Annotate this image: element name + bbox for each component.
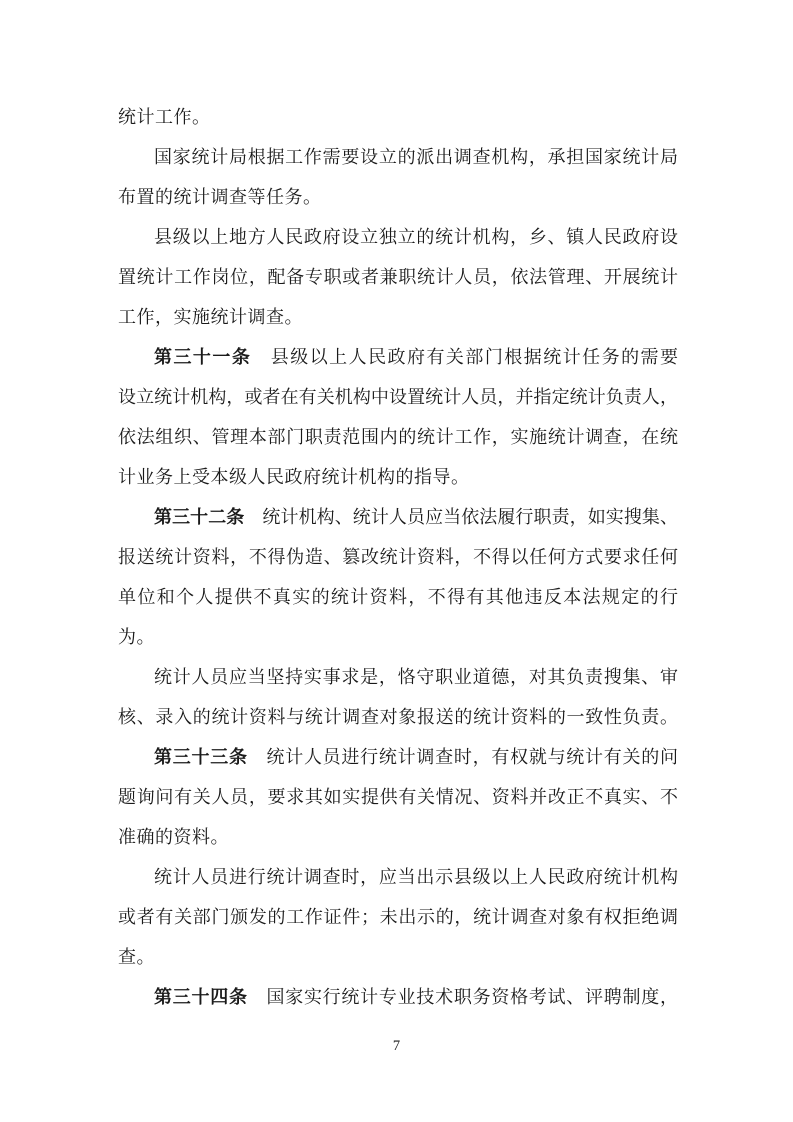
text-run: 单位和个人提供不真实的统计资料，不得有其他违反本法规定的行 <box>118 587 678 607</box>
text-run: 题询问有关人员，要求其如实提供有关情况、资料并改正不真实、不 <box>118 787 678 807</box>
text-line: 为。 <box>118 617 678 657</box>
document-page: 统计工作。国家统计局根据工作需要设立的派出调查机构，承担国家统计局布置的统计调查… <box>0 0 793 1122</box>
text-line: 国家统计局根据工作需要设立的派出调查机构，承担国家统计局 <box>118 137 678 177</box>
document-body: 统计工作。国家统计局根据工作需要设立的派出调查机构，承担国家统计局布置的统计调查… <box>118 97 678 1017</box>
text-line: 第三十三条 统计人员进行统计调查时，有权就与统计有关的问 <box>118 737 678 777</box>
text-run: 统计人员进行统计调查时，应当出示县级以上人民政府统计机构 <box>154 867 678 887</box>
text-run: 为。 <box>118 627 155 647</box>
text-run: 统计人员应当坚持实事求是，恪守职业道德，对其负责搜集、审 <box>154 667 678 687</box>
text-run: 报送统计资料，不得伪造、篡改统计资料，不得以任何方式要求任何 <box>118 547 678 567</box>
text-line: 统计工作。 <box>118 97 678 137</box>
text-line: 第三十一条 县级以上人民政府有关部门根据统计任务的需要 <box>118 337 678 377</box>
text-run: 国家统计局根据工作需要设立的派出调查机构，承担国家统计局 <box>154 147 678 167</box>
text-run: 依法组织、管理本部门职责范围内的统计工作，实施统计调查，在统 <box>118 427 678 447</box>
text-run: 县级以上地方人民政府设立独立的统计机构，乡、镇人民政府设 <box>154 227 678 247</box>
text-run: 置统计工作岗位，配备专职或者兼职统计人员，依法管理、开展统计 <box>118 267 678 287</box>
article-number: 第三十三条 <box>154 747 248 767</box>
text-line: 统计人员应当坚持实事求是，恪守职业道德，对其负责搜集、审 <box>118 657 678 697</box>
text-line: 第三十四条 国家实行统计专业技术职务资格考试、评聘制度， <box>118 977 678 1017</box>
article-number: 第三十二条 <box>154 507 244 527</box>
text-run: 工作，实施统计调查。 <box>118 307 303 327</box>
text-line: 布置的统计调查等任务。 <box>118 177 678 217</box>
page-number: 7 <box>0 1036 793 1056</box>
text-run: 准确的资料。 <box>118 827 229 847</box>
text-run: 统计人员进行统计调查时，有权就与统计有关的问 <box>248 747 678 767</box>
text-run: 国家实行统计专业技术职务资格考试、评聘制度， <box>248 987 678 1007</box>
text-run: 县级以上人民政府有关部门根据统计任务的需要 <box>251 347 678 367</box>
text-line: 第三十二条 统计机构、统计人员应当依法履行职责，如实搜集、 <box>118 497 678 537</box>
text-line: 题询问有关人员，要求其如实提供有关情况、资料并改正不真实、不 <box>118 777 678 817</box>
text-run: 核、录入的统计资料与统计调查对象报送的统计资料的一致性负责。 <box>118 707 678 727</box>
text-line: 查。 <box>118 937 678 977</box>
text-run: 统计工作。 <box>118 107 211 127</box>
text-line: 报送统计资料，不得伪造、篡改统计资料，不得以任何方式要求任何 <box>118 537 678 577</box>
text-run: 计业务上受本级人民政府统计机构的指导。 <box>118 467 470 487</box>
text-line: 工作，实施统计调查。 <box>118 297 678 337</box>
text-line: 统计人员进行统计调查时，应当出示县级以上人民政府统计机构 <box>118 857 678 897</box>
text-line: 或者有关部门颁发的工作证件；未出示的，统计调查对象有权拒绝调 <box>118 897 678 937</box>
text-line: 单位和个人提供不真实的统计资料，不得有其他违反本法规定的行 <box>118 577 678 617</box>
text-run: 设立统计机构，或者在有关机构中设置统计人员，并指定统计负责人， <box>118 387 678 407</box>
text-line: 核、录入的统计资料与统计调查对象报送的统计资料的一致性负责。 <box>118 697 678 737</box>
text-line: 置统计工作岗位，配备专职或者兼职统计人员，依法管理、开展统计 <box>118 257 678 297</box>
text-run: 或者有关部门颁发的工作证件；未出示的，统计调查对象有权拒绝调 <box>118 907 678 927</box>
text-run: 统计机构、统计人员应当依法履行职责，如实搜集、 <box>244 507 678 527</box>
text-line: 计业务上受本级人民政府统计机构的指导。 <box>118 457 678 497</box>
article-number: 第三十一条 <box>154 347 251 367</box>
text-line: 准确的资料。 <box>118 817 678 857</box>
text-line: 设立统计机构，或者在有关机构中设置统计人员，并指定统计负责人， <box>118 377 678 417</box>
article-number: 第三十四条 <box>154 987 248 1007</box>
text-run: 查。 <box>118 947 155 967</box>
text-line: 县级以上地方人民政府设立独立的统计机构，乡、镇人民政府设 <box>118 217 678 257</box>
text-run: 布置的统计调查等任务。 <box>118 187 322 207</box>
text-line: 依法组织、管理本部门职责范围内的统计工作，实施统计调查，在统 <box>118 417 678 457</box>
